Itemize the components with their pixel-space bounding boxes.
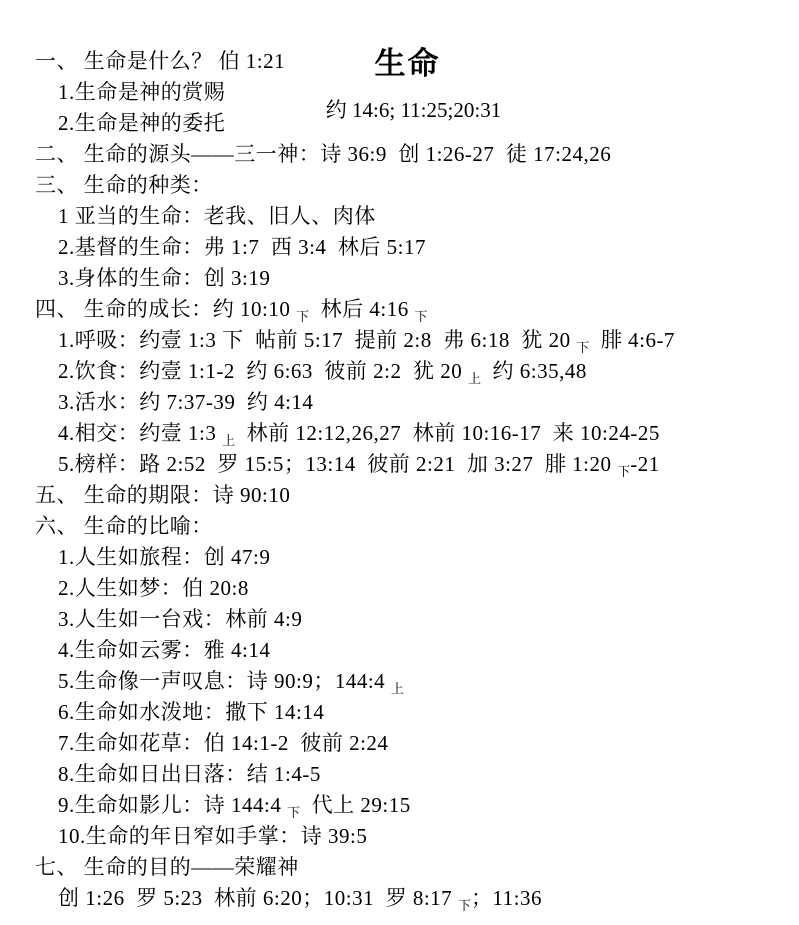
outline-line: 5.生命像一声叹息：诗 90:9；144:4 上 [0, 666, 799, 697]
line-text: 1.人生如旅程：创 47:9 [58, 545, 270, 569]
outline-line: 2.基督的生命：弗 1:7 西 3:4 林后 5:17 [0, 232, 799, 263]
outline-line: 1.呼吸：约壹 1:3 下 帖前 5:17 提前 2:8 弗 6:18 犹 20… [0, 325, 799, 356]
title-references: 约 14:6; 11:25;20:31 [326, 98, 501, 122]
line-text: 林后 4:16 [309, 297, 414, 321]
outline-line: 5.榜样：路 2:52 罗 15:5；13:14 彼前 2:21 加 3:27 … [0, 449, 799, 480]
verse-position-subscript: 下 [617, 464, 630, 479]
line-text: 4.相交：约壹 1:3 [58, 421, 222, 445]
verse-position-subscript: 下 [414, 309, 427, 324]
line-text: 7.生命如花草：伯 14:1-2 彼前 2:24 [58, 731, 388, 755]
line-text: 五、 生命的期限：诗 90:10 [35, 483, 290, 507]
outline-line: 创 1:26 罗 5:23 林前 6:20；10:31 罗 8:17 下；11:… [0, 883, 799, 914]
verse-position-subscript: 下 [296, 309, 309, 324]
line-text: -21 [630, 452, 660, 476]
verse-position-subscript: 下 [458, 898, 471, 913]
outline-line: 七、 生命的目的——荣耀神 [0, 852, 799, 883]
line-text: 6.生命如水泼地：撒下 14:14 [58, 700, 324, 724]
verse-position-subscript: 上 [222, 433, 235, 448]
line-text: 四、 生命的成长：约 10:10 [35, 297, 296, 321]
line-text: 代上 29:15 [300, 793, 411, 817]
line-text: 1.呼吸：约壹 1:3 下 帖前 5:17 提前 2:8 弗 6:18 犹 20 [58, 328, 576, 352]
line-text: 2.饮食：约壹 1:1-2 约 6:63 彼前 2:2 犹 20 [58, 359, 468, 383]
outline-line: 3.活水：约 7:37-39 约 4:14 [0, 387, 799, 418]
verse-position-subscript: 上 [391, 681, 404, 696]
outline-line: 3.身体的生命：创 3:19 [0, 263, 799, 294]
line-text: 10.生命的年日窄如手掌：诗 39:5 [58, 824, 367, 848]
line-text: 5.生命像一声叹息：诗 90:9；144:4 [58, 669, 391, 693]
verse-position-subscript: 下 [287, 805, 300, 820]
outline-line: 2.饮食：约壹 1:1-2 约 6:63 彼前 2:2 犹 20 上 约 6:3… [0, 356, 799, 387]
outline-line: 1.人生如旅程：创 47:9 [0, 542, 799, 573]
line-text: 9.生命如影儿：诗 144:4 [58, 793, 287, 817]
line-text: 三、 生命的种类： [35, 173, 213, 197]
line-text: ；11:36 [471, 886, 542, 910]
line-text: 2.人生如梦：伯 20:8 [58, 576, 249, 600]
outline-line: 1 亚当的生命：老我、旧人、肉体 [0, 201, 799, 232]
line-text: 创 1:26 罗 5:23 林前 6:20；10:31 罗 8:17 [58, 886, 458, 910]
line-text: 二、 生命的源头——三一神：诗 36:9 创 1:26-27 徒 17:24,2… [35, 142, 611, 166]
outline-line: 三、 生命的种类： [0, 170, 799, 201]
line-text: 六、 生命的比喻： [35, 514, 213, 538]
outline-line: 六、 生命的比喻： [0, 511, 799, 542]
line-text: 5.榜样：路 2:52 罗 15:5；13:14 彼前 2:21 加 3:27 … [58, 452, 617, 476]
title-text: 生命 [375, 46, 441, 81]
outline-line: 10.生命的年日窄如手掌：诗 39:5 [0, 821, 799, 852]
line-text: 2.生命是神的委托 [58, 111, 225, 135]
line-text: 3.身体的生命：创 3:19 [58, 266, 270, 290]
outline: 一、 生命是什么？ 伯 1:211.生命是神的赏赐2.生命是神的委托二、 生命的… [0, 46, 799, 914]
outline-line: 四、 生命的成长：约 10:10 下 林后 4:16 下 [0, 294, 799, 325]
outline-line: 4.生命如云雾：雅 4:14 [0, 635, 799, 666]
line-text: 4.生命如云雾：雅 4:14 [58, 638, 270, 662]
line-text: 3.人生如一台戏：林前 4:9 [58, 607, 302, 631]
outline-line: 二、 生命的源头——三一神：诗 36:9 创 1:26-27 徒 17:24,2… [0, 139, 799, 170]
line-text: 3.活水：约 7:37-39 约 4:14 [58, 390, 313, 414]
outline-line: 2.人生如梦：伯 20:8 [0, 573, 799, 604]
line-text: 1 亚当的生命：老我、旧人、肉体 [58, 204, 376, 228]
line-text: 8.生命如日出日落：结 1:4-5 [58, 762, 321, 786]
outline-line: 五、 生命的期限：诗 90:10 [0, 480, 799, 511]
verse-position-subscript: 上 [468, 371, 481, 386]
page-title: 生命 约 14:6; 11:25;20:31 [0, 4, 799, 46]
line-text: 2.基督的生命：弗 1:7 西 3:4 林后 5:17 [58, 235, 426, 259]
line-text: 林前 12:12,26,27 林前 10:16-17 来 10:24-25 [235, 421, 660, 445]
line-text: 约 6:35,48 [481, 359, 587, 383]
outline-line: 4.相交：约壹 1:3 上 林前 12:12,26,27 林前 10:16-17… [0, 418, 799, 449]
outline-line: 7.生命如花草：伯 14:1-2 彼前 2:24 [0, 728, 799, 759]
line-text: 腓 4:6-7 [589, 328, 675, 352]
verse-position-subscript: 下 [576, 340, 589, 355]
outline-line: 6.生命如水泼地：撒下 14:14 [0, 697, 799, 728]
line-text: 七、 生命的目的——荣耀神 [35, 855, 299, 879]
line-text: 1.生命是神的赏赐 [58, 80, 225, 104]
outline-line: 3.人生如一台戏：林前 4:9 [0, 604, 799, 635]
outline-line: 8.生命如日出日落：结 1:4-5 [0, 759, 799, 790]
line-text: 一、 生命是什么？ 伯 1:21 [35, 49, 285, 73]
outline-line: 9.生命如影儿：诗 144:4 下 代上 29:15 [0, 790, 799, 821]
document-page: 生命 约 14:6; 11:25;20:31 一、 生命是什么？ 伯 1:211… [0, 0, 799, 914]
